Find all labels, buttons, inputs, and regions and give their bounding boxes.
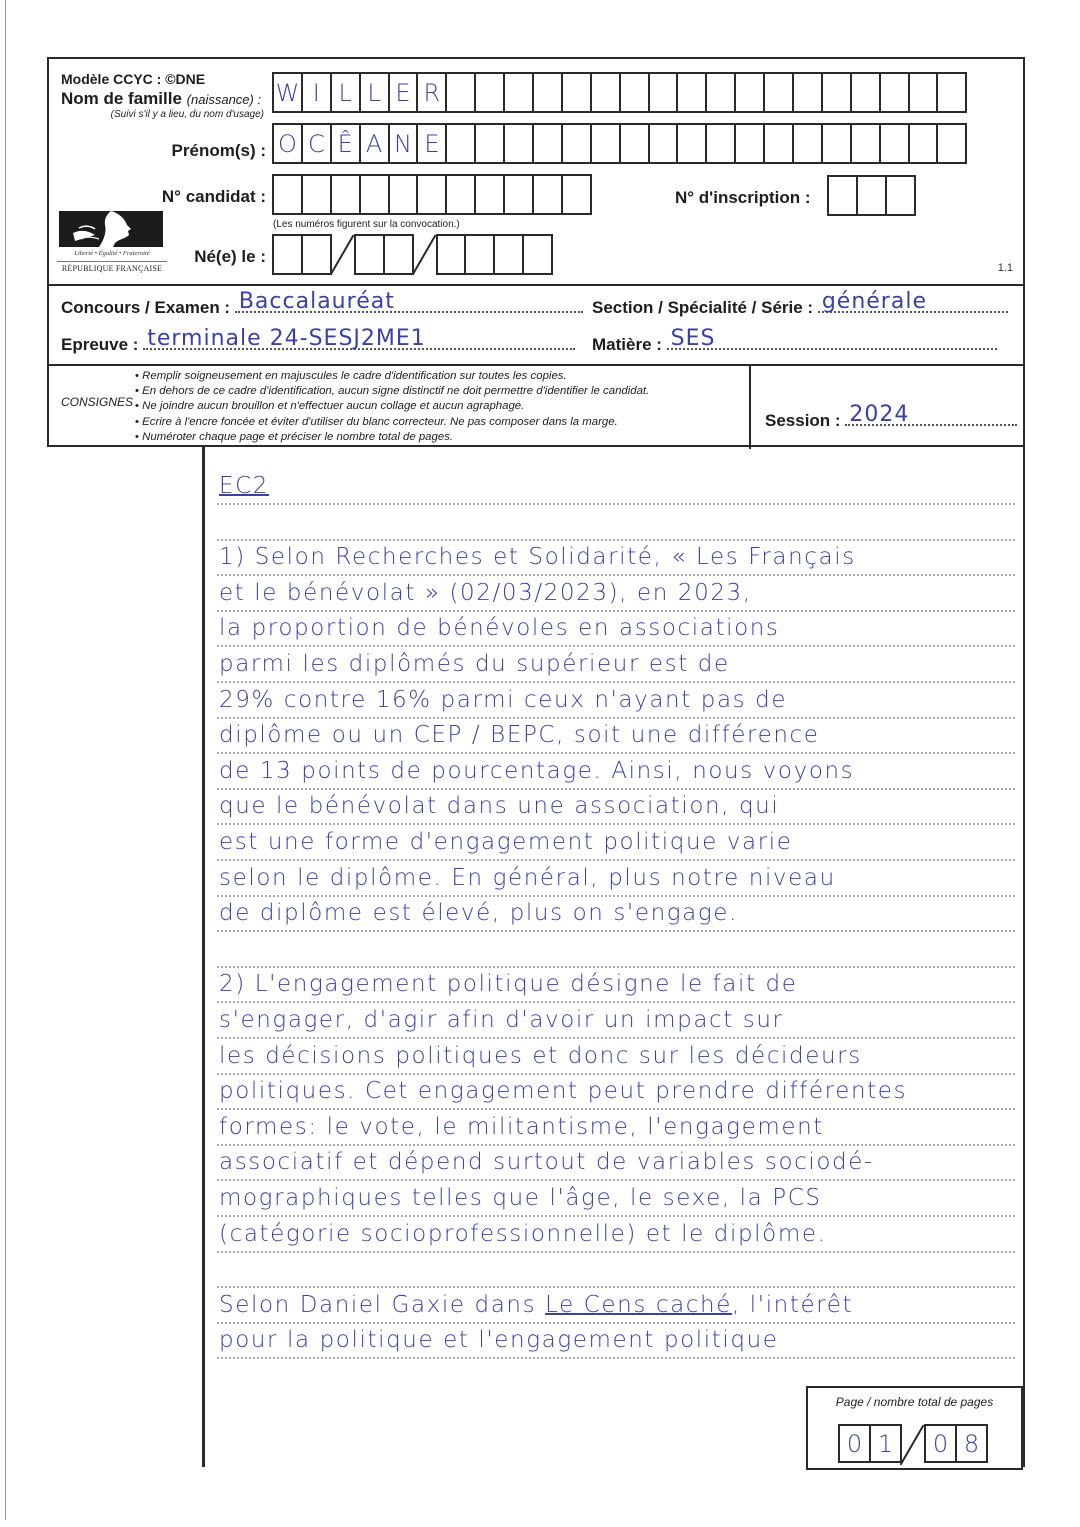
marianne-logo-icon: [59, 211, 163, 247]
answer-line: associatif et dépend surtout de variable…: [219, 1149, 874, 1175]
prenom-letter-box[interactable]: O: [272, 123, 303, 164]
nom-letter-box[interactable]: [705, 72, 736, 113]
birth-month-box[interactable]: [354, 234, 385, 275]
nom-letter-box[interactable]: [503, 72, 534, 113]
answer-line: est une forme d'engagement politique var…: [219, 829, 793, 855]
epreuve-field[interactable]: Epreuve : terminale 24-SESJ2ME1: [61, 332, 575, 355]
identification-frame: Modèle CCYC : ©DNE Nom de famille (naiss…: [47, 57, 1025, 447]
slash-separator: [330, 234, 354, 275]
consigne-item: En dehors de ce cadre d'identification, …: [135, 384, 649, 399]
birth-year-box[interactable]: [493, 234, 524, 275]
answer-line: mographiques telles que l'âge, le sexe, …: [219, 1185, 822, 1211]
section-field[interactable]: Section / Spécialité / Série : générale: [592, 295, 1008, 318]
nom-letter-box[interactable]: [734, 72, 765, 113]
identity-section: Modèle CCYC : ©DNE Nom de famille (naiss…: [49, 59, 1023, 284]
candidat-digit-box[interactable]: [474, 174, 505, 215]
prenom-letter-box[interactable]: N: [388, 123, 419, 164]
ruled-line: [217, 1286, 1015, 1288]
session-field[interactable]: Session : 2024: [765, 408, 1017, 431]
page-count-box: Page / nombre total de pages 0108: [806, 1386, 1023, 1470]
nom-letter-box[interactable]: [648, 72, 679, 113]
section-value: générale: [822, 289, 927, 314]
birth-month-box[interactable]: [383, 234, 414, 275]
answer-line: diplôme ou un CEP / BEPC, soit une diffé…: [219, 722, 820, 748]
ruled-line: [217, 503, 1015, 505]
ruled-line: [217, 859, 1015, 861]
prenom-letter-box[interactable]: [503, 123, 534, 164]
nom-letter-box[interactable]: E: [388, 72, 419, 113]
slash-separator: [900, 1424, 924, 1465]
inscription-number-field[interactable]: [827, 175, 914, 216]
candidat-label: N° candidat :: [49, 187, 266, 207]
ruled-line: [217, 966, 1015, 968]
candidat-digit-box[interactable]: [503, 174, 534, 215]
prenom-letter-box[interactable]: [532, 123, 563, 164]
ruled-line: [217, 930, 1015, 932]
answer-line: Selon Daniel Gaxie dans Le Cens caché, l…: [219, 1292, 853, 1318]
nom-letter-box[interactable]: L: [359, 72, 390, 113]
prenom-letter-box[interactable]: [763, 123, 794, 164]
prenom-letter-box[interactable]: A: [359, 123, 390, 164]
prenom-letter-box[interactable]: [850, 123, 881, 164]
answer-line: 2) L'engagement politique désigne le fai…: [219, 971, 797, 997]
prenom-letter-box[interactable]: [734, 123, 765, 164]
birth-year-box[interactable]: [464, 234, 495, 275]
epreuve-value: terminale 24-SESJ2ME1: [147, 326, 426, 351]
page-number-field[interactable]: 0108: [838, 1424, 986, 1465]
form-version: 1.1: [998, 262, 1013, 274]
nom-letter-box[interactable]: [763, 72, 794, 113]
convocation-note: (Les numéros figurent sur la convocation…: [273, 219, 460, 230]
candidat-digit-box[interactable]: [561, 174, 592, 215]
ruled-line: [217, 1251, 1015, 1253]
birth-year-box[interactable]: [522, 234, 553, 275]
answer-line: s'engager, d'agir afin d'avoir un impact…: [219, 1007, 784, 1033]
inscription-digit-box[interactable]: [885, 175, 916, 216]
prenom-letter-box[interactable]: E: [416, 123, 447, 164]
candidat-number-field[interactable]: [272, 174, 590, 215]
ruled-line: [217, 1108, 1015, 1110]
birth-date-label: Né(e) le :: [49, 247, 266, 267]
answer-line: selon le diplôme. En général, plus notre…: [219, 865, 836, 891]
nom-letter-box[interactable]: [532, 72, 563, 113]
prenom-letter-box[interactable]: [908, 123, 939, 164]
candidat-digit-box[interactable]: [272, 174, 303, 215]
book-title: Le Cens caché: [545, 1292, 732, 1318]
nom-letter-box[interactable]: [590, 72, 621, 113]
consignes-box: CONSIGNES Remplir soigneusement en majus…: [49, 366, 751, 449]
prenom-letter-box[interactable]: [445, 123, 476, 164]
answer-line: de diplôme est élevé, plus on s'engage.: [219, 900, 738, 926]
inscription-digit-box[interactable]: [827, 175, 858, 216]
nom-letter-box[interactable]: L: [330, 72, 361, 113]
inscription-label: N° d'inscription :: [675, 188, 811, 208]
answer-line: politiques. Cet engagement peut prendre …: [219, 1078, 907, 1104]
prenom-field[interactable]: OCÊANE: [272, 123, 965, 164]
ruled-line: [217, 895, 1015, 897]
prenom-letter-box[interactable]: Ê: [330, 123, 361, 164]
prenom-letter-box[interactable]: [619, 123, 650, 164]
answer-area[interactable]: EC21) Selon Recherches et Solidarité, « …: [202, 447, 1025, 1467]
answer-line: 29% contre 16% parmi ceux n'ayant pas de: [219, 687, 787, 713]
inscription-digit-box[interactable]: [856, 175, 887, 216]
nom-letter-box[interactable]: [676, 72, 707, 113]
concours-value: Baccalauréat: [239, 289, 395, 314]
answer-line: que le bénévolat dans une association, q…: [219, 793, 779, 819]
total-pages-box[interactable]: 0: [924, 1424, 957, 1463]
ruled-line: [217, 1001, 1015, 1003]
answer-line: la proportion de bénévoles en associatio…: [219, 615, 780, 641]
candidat-digit-box[interactable]: [445, 174, 476, 215]
ruled-line: [217, 1357, 1015, 1359]
ruled-line: [217, 1144, 1015, 1146]
matiere-field[interactable]: Matière : SES: [592, 332, 997, 355]
nom-letter-box[interactable]: [936, 72, 967, 113]
candidat-digit-box[interactable]: [301, 174, 332, 215]
nom-letter-box[interactable]: R: [416, 72, 447, 113]
answer-line: les décisions politiques et donc sur les…: [219, 1043, 862, 1069]
model-label: Modèle CCYC : ©DNE: [61, 71, 205, 87]
total-pages-box[interactable]: 8: [955, 1424, 988, 1463]
concours-field[interactable]: Concours / Examen : Baccalauréat: [61, 295, 583, 318]
slash-separator: [412, 234, 436, 275]
session-value: 2024: [849, 402, 909, 427]
nom-sublabel: (Suivi s'il y a lieu, du nom d'usage): [79, 109, 264, 120]
answer-line: formes: le vote, le militantisme, l'enga…: [219, 1114, 824, 1140]
prenom-letter-box[interactable]: [676, 123, 707, 164]
nom-letter-box[interactable]: [821, 72, 852, 113]
birth-year-box[interactable]: [436, 234, 467, 275]
consigne-item: Ne joindre aucun brouillon et n'effectue…: [135, 399, 649, 414]
nom-letter-box[interactable]: W: [272, 72, 303, 113]
nom-letter-box[interactable]: [474, 72, 505, 113]
nom-label: Nom de famille (naissance) :: [61, 89, 261, 109]
ruled-line: [217, 1073, 1015, 1075]
prenom-letter-box[interactable]: [648, 123, 679, 164]
page-number-box[interactable]: 0: [838, 1424, 871, 1463]
answer-line: 1) Selon Recherches et Solidarité, « Les…: [219, 544, 856, 570]
nom-letter-box[interactable]: [445, 72, 476, 113]
ruled-line: [217, 1322, 1015, 1324]
page-number-box[interactable]: 1: [869, 1424, 902, 1463]
prenom-letter-box[interactable]: [590, 123, 621, 164]
answer-line: (catégorie socioprofessionnelle) et le d…: [219, 1221, 827, 1247]
answer-line: de 13 points de pourcentage. Ainsi, nous…: [219, 758, 854, 784]
candidat-digit-box[interactable]: [388, 174, 419, 215]
nom-letter-box[interactable]: [879, 72, 910, 113]
prenom-letter-box[interactable]: [821, 123, 852, 164]
prenom-letter-box[interactable]: [936, 123, 967, 164]
ruled-line: [217, 1179, 1015, 1181]
consignes-label: CONSIGNES: [61, 395, 133, 409]
ruled-line: [217, 752, 1015, 754]
nom-letter-box[interactable]: [850, 72, 881, 113]
prenom-label: Prénom(s) :: [49, 141, 266, 161]
birth-date-field[interactable]: [272, 234, 551, 275]
ruled-line: [217, 717, 1015, 719]
prenom-letter-box[interactable]: [561, 123, 592, 164]
birth-day-box[interactable]: [301, 234, 332, 275]
consignes-section: CONSIGNES Remplir soigneusement en majus…: [49, 364, 1023, 449]
answer-line: pour la politique et l'engagement politi…: [219, 1327, 779, 1353]
ruled-line: [217, 539, 1015, 541]
page-count-label: Page / nombre total de pages: [808, 1395, 1021, 1409]
prenom-letter-box[interactable]: [705, 123, 736, 164]
nom-letter-box[interactable]: [561, 72, 592, 113]
nom-letter-box[interactable]: [908, 72, 939, 113]
candidat-digit-box[interactable]: [330, 174, 361, 215]
answer-line: parmi les diplômés du supérieur est de: [219, 651, 730, 677]
ruled-line: [217, 1215, 1015, 1217]
prenom-letter-box[interactable]: [792, 123, 823, 164]
ruled-line: [217, 1037, 1015, 1039]
page-edge-line: [5, 0, 6, 1520]
ruled-line: [217, 645, 1015, 647]
ruled-line: [217, 610, 1015, 612]
ruled-line: [217, 823, 1015, 825]
nom-field[interactable]: WILLER: [272, 72, 965, 113]
candidat-digit-box[interactable]: [532, 174, 563, 215]
ruled-line: [217, 681, 1015, 683]
candidat-digit-box[interactable]: [416, 174, 447, 215]
matiere-value: SES: [671, 326, 716, 351]
consigne-item: Ecrire à l'encre foncée et éviter d'util…: [135, 415, 649, 430]
prenom-letter-box[interactable]: [474, 123, 505, 164]
candidat-digit-box[interactable]: [359, 174, 390, 215]
answer-line: et le bénévolat » (02/03/2023), en 2023,: [219, 580, 752, 606]
consignes-list: Remplir soigneusement en majuscules le c…: [135, 369, 649, 445]
republique-francaise-logo: Liberté • Égalité • Fraternité RÉPUBLIQU…: [57, 211, 167, 277]
nom-letter-box[interactable]: [792, 72, 823, 113]
ruled-line: [217, 574, 1015, 576]
consigne-item: Remplir soigneusement en majuscules le c…: [135, 369, 649, 384]
prenom-letter-box[interactable]: [879, 123, 910, 164]
exam-section: Concours / Examen : Baccalauréat Section…: [49, 284, 1023, 364]
answer-heading: EC2: [219, 473, 269, 499]
ruled-line: [217, 788, 1015, 790]
prenom-letter-box[interactable]: C: [301, 123, 332, 164]
birth-day-box[interactable]: [272, 234, 303, 275]
consigne-item: Numéroter chaque page et préciser le nom…: [135, 430, 649, 445]
nom-letter-box[interactable]: I: [301, 72, 332, 113]
nom-letter-box[interactable]: [619, 72, 650, 113]
